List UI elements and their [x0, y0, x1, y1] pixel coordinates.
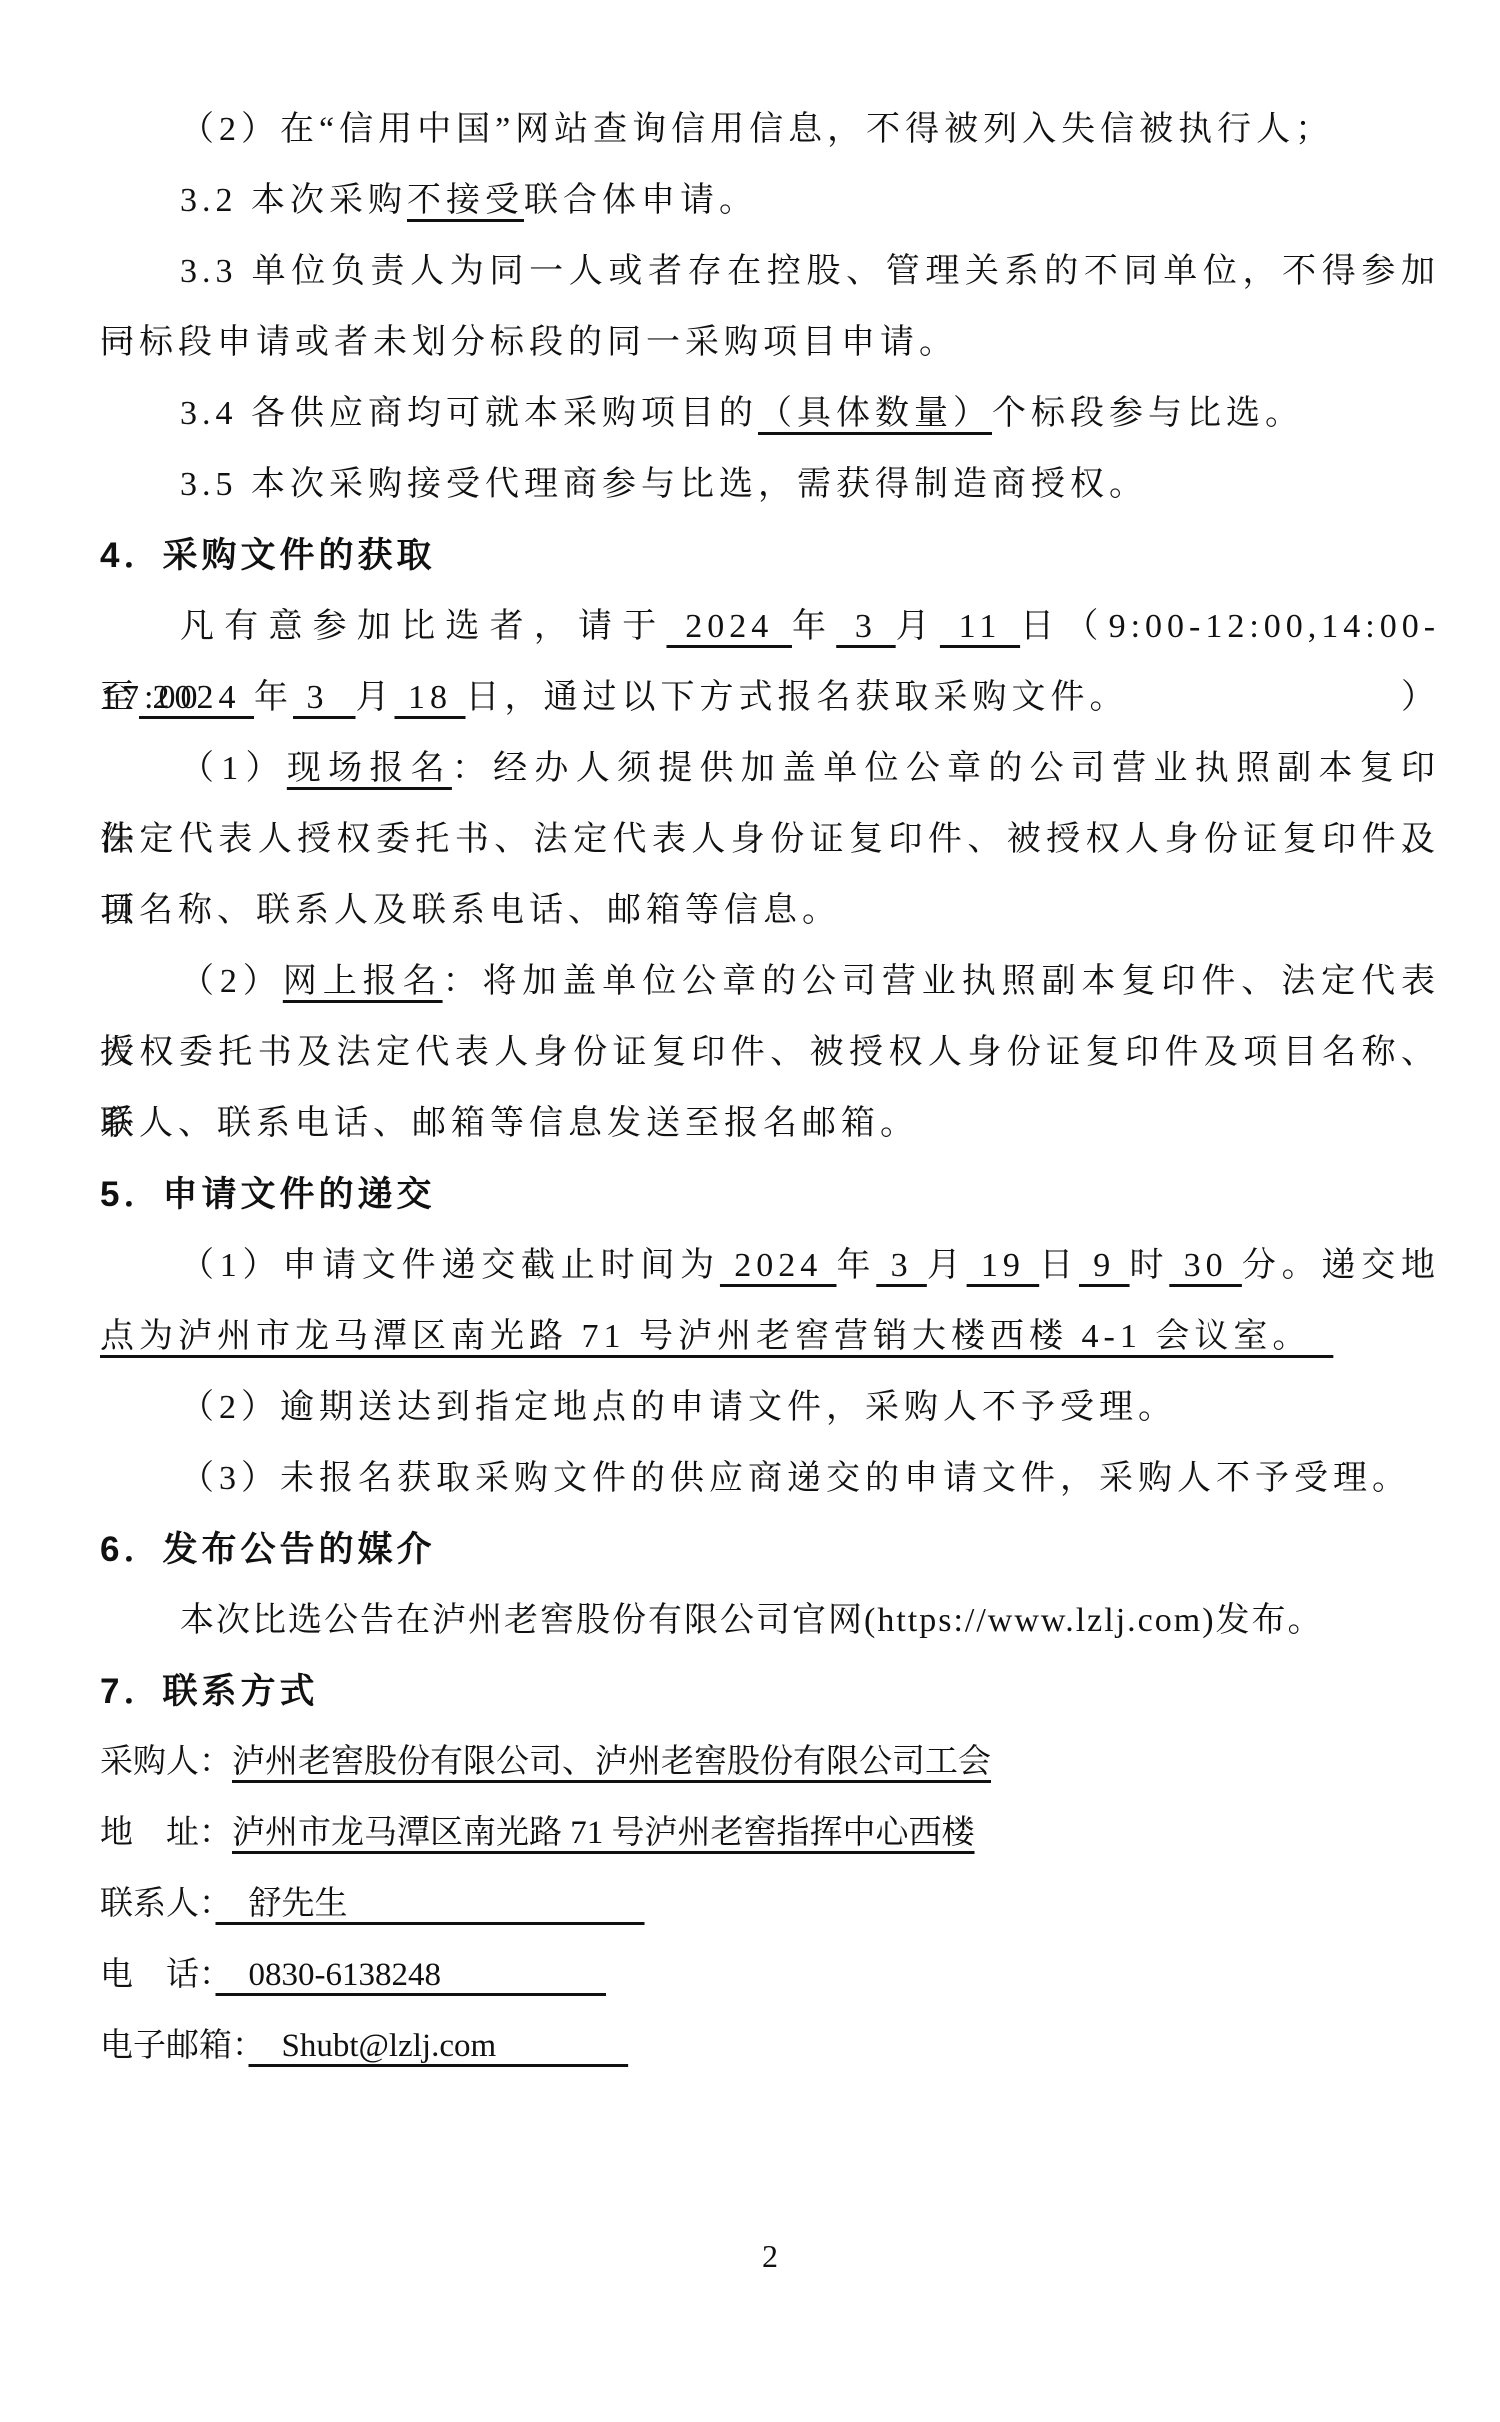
text-line: （1）现场报名：经办人须提供加盖单位公章的公司营业执照副本复印件、	[100, 733, 1440, 804]
underlined-text: 泸州市龙马潭区南光路 71 号泸州老窖指挥中心西楼	[232, 1815, 975, 1851]
text-segment: 凡有意参加比选者，请于	[180, 608, 667, 645]
text-segment: 联合体申请。	[524, 182, 758, 219]
underlined-text: 点为泸州市龙马潭区南光路 71 号泸州老窖营销大楼西楼 4-1 会议室。	[100, 1318, 1333, 1355]
text-segment: （3）未报名获取采购文件的供应商递交的申请文件，采购人不予受理。	[180, 1460, 1411, 1497]
underlined-text: 19	[967, 1247, 1040, 1284]
text-segment: （2）逾期送达到指定地点的申请文件，采购人不予受理。	[180, 1389, 1177, 1426]
text-line: 目名称、联系人及联系电话、邮箱等信息。	[100, 875, 1440, 946]
text-segment: 月	[927, 1247, 967, 1284]
section-heading: 5．申请文件的递交	[100, 1159, 1440, 1230]
text-line: 法定代表人授权委托书、法定代表人身份证复印件、被授权人身份证复印件及项	[100, 804, 1440, 875]
text-segment: 3.5 本次采购接受代理商参与比选，需获得制造商授权。	[180, 466, 1148, 503]
text-line: （2）逾期送达到指定地点的申请文件，采购人不予受理。	[100, 1372, 1440, 1443]
contact-line: 电子邮箱： Shubt@lzlj.com	[100, 2011, 1440, 2082]
underlined-text: 舒先生	[216, 1886, 645, 1922]
text-segment: 年	[792, 608, 836, 645]
text-segment: 3.4 各供应商均可就本采购项目的	[180, 395, 758, 432]
underlined-text: 2024	[720, 1247, 837, 1284]
text-segment: （1）申请文件递交截止时间为	[180, 1247, 720, 1284]
text-segment: 日	[1039, 1247, 1079, 1284]
text-segment: 5．申请文件的递交	[100, 1175, 435, 1214]
text-line: 一标段申请或者未划分标段的同一采购项目申请。	[100, 307, 1440, 378]
text-segment: 分。递交地	[1242, 1247, 1440, 1284]
text-segment: 系人、联系电话、邮箱等信息发送至报名邮箱。	[100, 1105, 919, 1142]
text-segment: 日，通过以下方式报名获取采购文件。	[466, 679, 1129, 716]
text-segment: （1）	[180, 750, 287, 787]
underlined-text: 不接受	[407, 182, 524, 219]
underlined-text: 2024	[667, 608, 792, 645]
text-line: 点为泸州市龙马潭区南光路 71 号泸州老窖营销大楼西楼 4-1 会议室。	[100, 1301, 1440, 1372]
underlined-text: 3	[293, 679, 356, 716]
text-line: 3.3 单位负责人为同一人或者存在控股、管理关系的不同单位，不得参加同	[100, 236, 1440, 307]
text-segment: 采购人：	[100, 1744, 232, 1780]
section-heading: 6．发布公告的媒介	[100, 1514, 1440, 1585]
text-segment: 电 话：	[100, 1957, 216, 1993]
text-segment: 地 址：	[100, 1815, 232, 1851]
text-segment: 至	[100, 679, 139, 716]
text-line: 凡有意参加比选者，请于 2024 年 3 月 11 日（9:00-12:00,1…	[100, 591, 1440, 662]
text-line: （3）未报名获取采购文件的供应商递交的申请文件，采购人不予受理。	[100, 1443, 1440, 1514]
document-body: （2）在“信用中国”网站查询信用信息，不得被列入失信被执行人；3.2 本次采购不…	[0, 0, 1500, 2082]
text-segment: 月	[356, 679, 395, 716]
underlined-text: （具体数量）	[758, 395, 992, 432]
underlined-text: 现场报名	[287, 750, 452, 787]
underlined-text: 3	[876, 1247, 927, 1284]
text-segment: 联系人：	[100, 1886, 216, 1922]
section-heading: 4．采购文件的获取	[100, 520, 1440, 591]
text-segment: 6．发布公告的媒介	[100, 1530, 435, 1569]
text-segment: 月	[896, 608, 940, 645]
text-segment: 年	[837, 1247, 877, 1284]
text-segment: 7．联系方式	[100, 1672, 318, 1711]
text-segment: 个标段参与比选。	[992, 395, 1304, 432]
underlined-text: 30	[1169, 1247, 1242, 1284]
underlined-text: 2024	[139, 679, 254, 716]
underlined-text: 9	[1079, 1247, 1130, 1284]
underlined-text: 网上报名	[283, 963, 443, 1000]
document-page: （2）在“信用中国”网站查询信用信息，不得被列入失信被执行人；3.2 本次采购不…	[0, 0, 1500, 2422]
section-heading: 7．联系方式	[100, 1656, 1440, 1727]
text-line: （2）在“信用中国”网站查询信用信息，不得被列入失信被执行人；	[100, 94, 1440, 165]
text-segment: 一标段申请或者未划分标段的同一采购项目申请。	[100, 324, 958, 361]
text-segment: （2）在“信用中国”网站查询信用信息，不得被列入失信被执行人；	[180, 111, 1334, 148]
contact-line: 采购人：泸州老窖股份有限公司、泸州老窖股份有限公司工会	[100, 1727, 1440, 1798]
text-line: 系人、联系电话、邮箱等信息发送至报名邮箱。	[100, 1088, 1440, 1159]
underlined-text: 泸州老窖股份有限公司、泸州老窖股份有限公司工会	[232, 1744, 991, 1780]
page-number: 2	[100, 2238, 1440, 2275]
text-segment: 时	[1130, 1247, 1170, 1284]
text-segment: 本次比选公告在泸州老窖股份有限公司官网(https://www.lzlj.com…	[180, 1602, 1324, 1639]
text-segment: （2）	[180, 963, 283, 1000]
text-line: 3.4 各供应商均可就本采购项目的（具体数量）个标段参与比选。	[100, 378, 1440, 449]
underlined-text: Shubt@lzlj.com	[249, 2028, 629, 2064]
contact-line: 地 址：泸州市龙马潭区南光路 71 号泸州老窖指挥中心西楼	[100, 1798, 1440, 1869]
text-line: 3.5 本次采购接受代理商参与比选，需获得制造商授权。	[100, 449, 1440, 520]
text-line: （1）申请文件递交截止时间为 2024 年 3 月 19 日 9 时 30 分。…	[100, 1230, 1440, 1301]
text-line: 授权委托书及法定代表人身份证复印件、被授权人身份证复印件及项目名称、联	[100, 1017, 1440, 1088]
text-line: 本次比选公告在泸州老窖股份有限公司官网(https://www.lzlj.com…	[100, 1585, 1440, 1656]
text-line: （2）网上报名：将加盖单位公章的公司营业执照副本复印件、法定代表人	[100, 946, 1440, 1017]
text-segment: 3.2 本次采购	[180, 182, 407, 219]
text-segment: 4．采购文件的获取	[100, 536, 435, 575]
text-line: 3.2 本次采购不接受联合体申请。	[100, 165, 1440, 236]
underlined-text: 3	[836, 608, 895, 645]
underlined-text: 18	[395, 679, 466, 716]
text-segment: 电子邮箱：	[100, 2028, 249, 2064]
text-segment: 目名称、联系人及联系电话、邮箱等信息。	[100, 892, 841, 929]
contact-line: 联系人： 舒先生	[100, 1869, 1440, 1940]
text-segment: 年	[254, 679, 293, 716]
underlined-text: 0830-6138248	[216, 1957, 607, 1993]
contact-line: 电 话： 0830-6138248	[100, 1940, 1440, 2011]
underlined-text: 11	[940, 608, 1020, 645]
